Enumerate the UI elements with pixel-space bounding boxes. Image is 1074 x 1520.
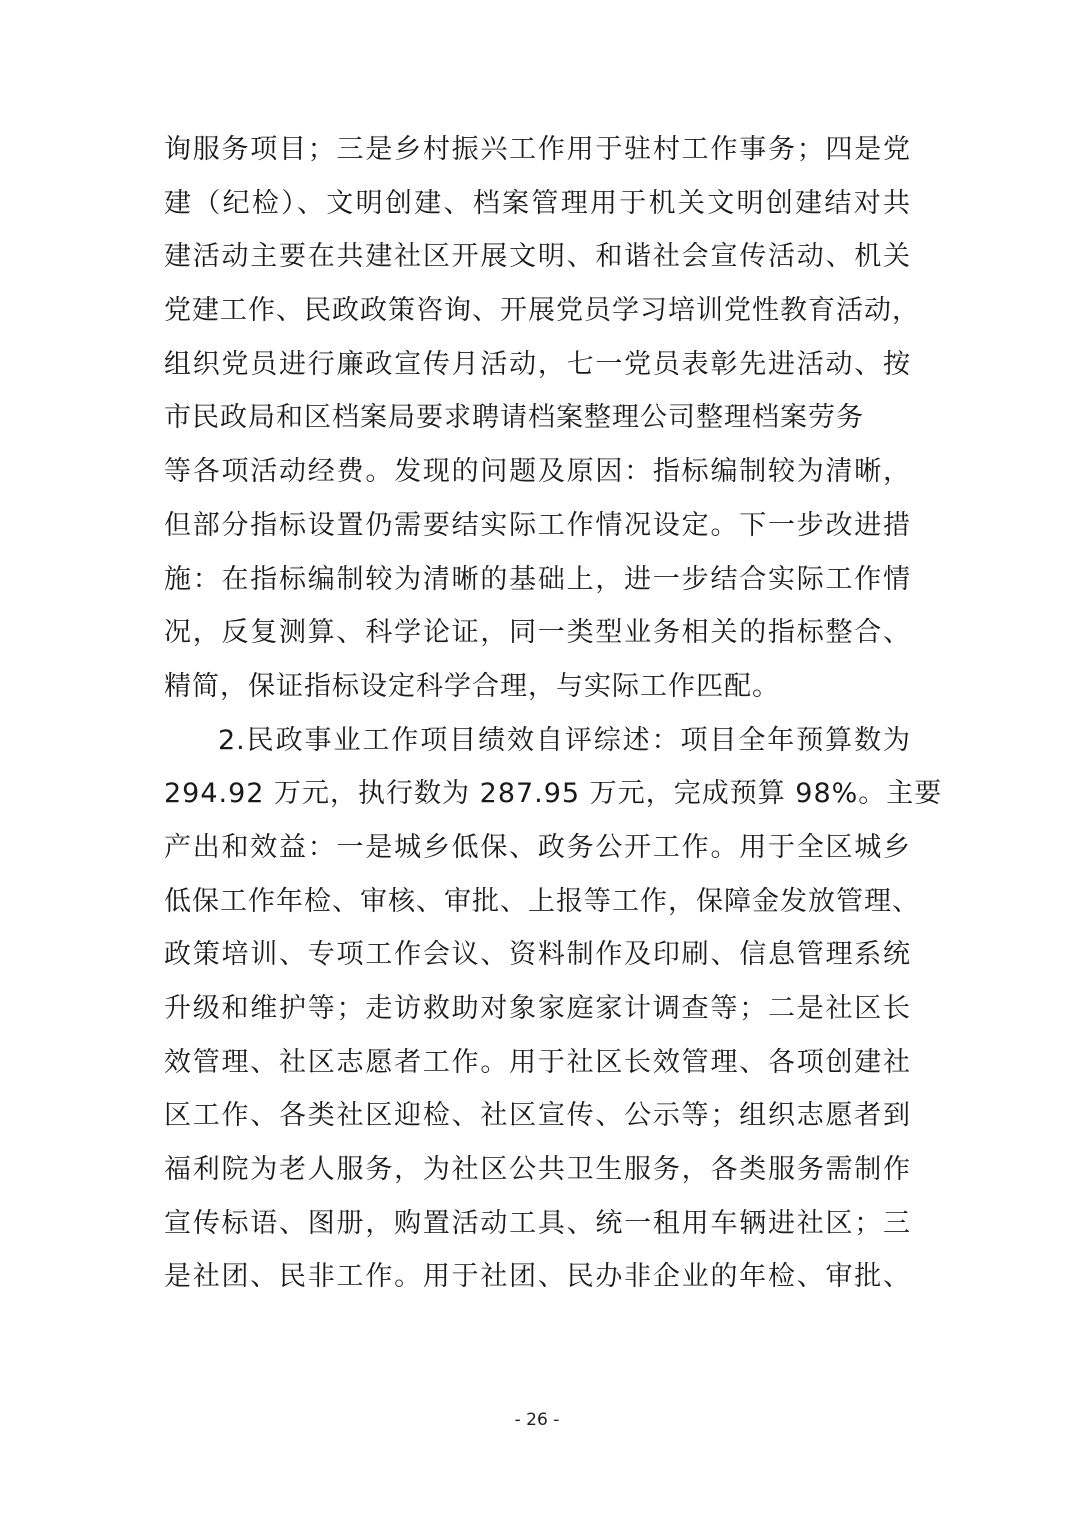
text-line: 是社团、民非工作。用于社团、民办非企业的年检、审批、 <box>164 1250 911 1304</box>
text-line: 施：在指标编制较为清晰的基础上，进一步结合实际工作情 <box>164 553 911 607</box>
text-line: 询服务项目；三是乡村振兴工作用于驻村工作事务；四是党 <box>164 123 911 177</box>
text-line: 福利院为老人服务，为社区公共卫生服务，各类服务需制作 <box>164 1143 911 1197</box>
document-page: 询服务项目；三是乡村振兴工作用于驻村工作事务；四是党 建（纪检）、文明创建、档案… <box>0 0 1074 1520</box>
text-line: 市民政局和区档案局要求聘请档案整理公司整理档案劳务 <box>164 391 911 445</box>
text-line: 宣传标语、图册，购置活动工具、统一租用车辆进社区；三 <box>164 1197 911 1251</box>
text-line: 但部分指标设置仍需要结实际工作情况设定。下一步改进措 <box>164 499 911 553</box>
page-number: - 26 - <box>0 1410 1074 1430</box>
text-line: 等各项活动经费。发现的问题及原因：指标编制较为清晰， <box>164 445 911 499</box>
text-line: 政策培训、专项工作会议、资料制作及印刷、信息管理系统 <box>164 928 911 982</box>
text-line: 升级和维护等；走访救助对象家庭家计调查等；二是社区长 <box>164 982 911 1036</box>
text-line: 294.92 万元，执行数为 287.95 万元，完成预算 98%。主要 <box>164 767 911 821</box>
text-line: 况，反复测算、科学论证，同一类型业务相关的指标整合、 <box>164 606 911 660</box>
paragraph-heading-line: 2.民政事业工作项目绩效自评综述：项目全年预算数为 <box>164 714 911 768</box>
text-line: 组织党员进行廉政宣传月活动，七一党员表彰先进活动、按 <box>164 338 911 392</box>
text-line: 精简，保证指标设定科学合理，与实际工作匹配。 <box>164 660 911 714</box>
text-line: 低保工作年检、审核、审批、上报等工作，保障金发放管理、 <box>164 875 911 929</box>
text-line: 产出和效益：一是城乡低保、政务公开工作。用于全区城乡 <box>164 821 911 875</box>
text-line: 建活动主要在共建社区开展文明、和谐社会宣传活动、机关 <box>164 230 911 284</box>
text-line: 党建工作、民政政策咨询、开展党员学习培训党性教育活动， <box>164 284 911 338</box>
text-line: 区工作、各类社区迎检、社区宣传、公示等；组织志愿者到 <box>164 1089 911 1143</box>
body-text: 询服务项目；三是乡村振兴工作用于驻村工作事务；四是党 建（纪检）、文明创建、档案… <box>164 123 911 1304</box>
text-line: 建（纪检）、文明创建、档案管理用于机关文明创建结对共 <box>164 177 911 231</box>
text-line: 效管理、社区志愿者工作。用于社区长效管理、各项创建社 <box>164 1036 911 1090</box>
